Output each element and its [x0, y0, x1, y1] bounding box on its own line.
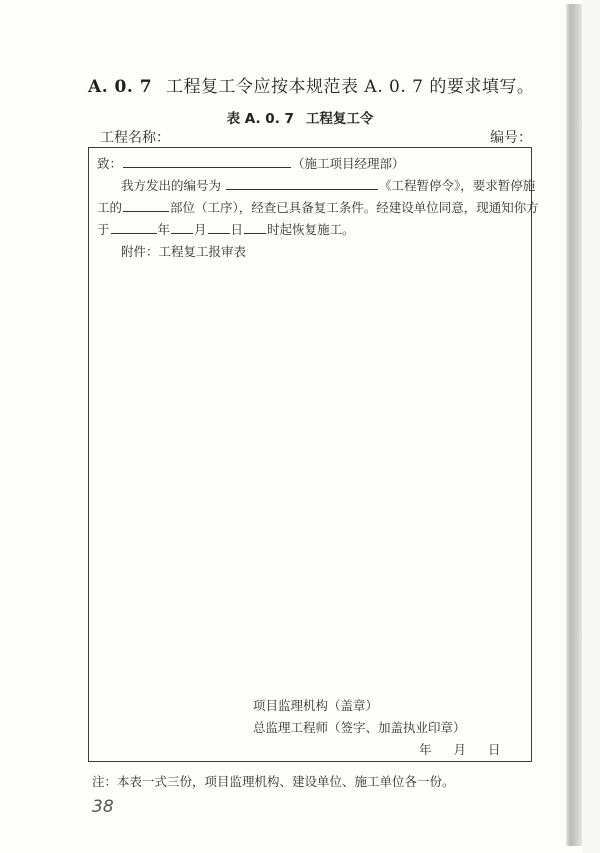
attachment-line: 附件：工程复工报审表: [121, 242, 246, 260]
section-number: A. 0. 7: [88, 77, 152, 97]
year-label: 年: [158, 222, 171, 237]
hour-blank[interactable]: [244, 221, 266, 234]
addressee-suffix: （施工项目经理部）: [292, 156, 405, 171]
line2-suffix: 部位（工序），经查已具备复工条件。经建设单位同意，现通知你方: [170, 200, 539, 215]
scan-page-edge: [566, 4, 582, 846]
table-title: 表 A. 0. 7工程复工令: [0, 107, 600, 127]
day-blank[interactable]: [208, 221, 230, 234]
chief-engineer-signature: 总监理工程师（签字、加盖执业印章）: [253, 718, 466, 736]
day-label: 日: [231, 222, 244, 237]
section-heading: A. 0. 7工程复工令应按本规范表 A. 0. 7 的要求填写。: [88, 72, 534, 97]
addressee-line: 致：（施工项目经理部）: [97, 154, 405, 172]
sign-date: 年月日: [419, 740, 501, 758]
line2-prefix: 工的: [97, 200, 122, 215]
form-note: 注：本表一式三份，项目监理机构、建设单位、施工单位各一份。: [92, 772, 455, 790]
section-text: 工程复工令应按本规范表 A. 0. 7 的要求填写。: [166, 77, 534, 97]
scan-margin: [582, 0, 600, 853]
month-label: 月: [194, 222, 207, 237]
suspension-order-number-blank[interactable]: [226, 177, 378, 190]
sign-date-month: 月: [454, 742, 467, 757]
form-meta-row: 工程名称： 编号：: [100, 127, 532, 145]
line1-suffix: 《工程暂停令》，要求暂停施: [379, 178, 535, 193]
sign-date-day: 日: [488, 742, 501, 757]
to-label: 致：: [97, 156, 122, 171]
line3-suffix: 时起恢复施工。: [267, 222, 355, 237]
page-number: 38: [92, 797, 114, 817]
body-line-1: 我方发出的编号为 《工程暂停令》，要求暂停施: [121, 176, 535, 194]
project-name-label: 工程名称：: [100, 130, 170, 146]
line3-prefix: 于: [97, 222, 110, 237]
year-blank[interactable]: [111, 221, 157, 234]
table-name: 工程复工令: [306, 111, 374, 127]
line1-prefix: 我方发出的编号为: [121, 178, 221, 193]
code-label: 编号：: [490, 127, 532, 147]
table-number: 表 A. 0. 7: [227, 111, 294, 127]
supervision-org-seal: 项目监理机构（盖章）: [253, 696, 378, 714]
body-line-3: 于年月日时起恢复施工。: [97, 220, 355, 238]
sign-date-year: 年: [419, 742, 432, 757]
month-blank[interactable]: [171, 221, 193, 234]
section-blank[interactable]: [123, 199, 169, 212]
addressee-blank[interactable]: [123, 155, 291, 168]
resumption-order-form: 致：（施工项目经理部） 我方发出的编号为 《工程暂停令》，要求暂停施 工的部位（…: [88, 147, 532, 762]
body-line-2: 工的部位（工序），经查已具备复工条件。经建设单位同意，现通知你方: [97, 198, 539, 216]
